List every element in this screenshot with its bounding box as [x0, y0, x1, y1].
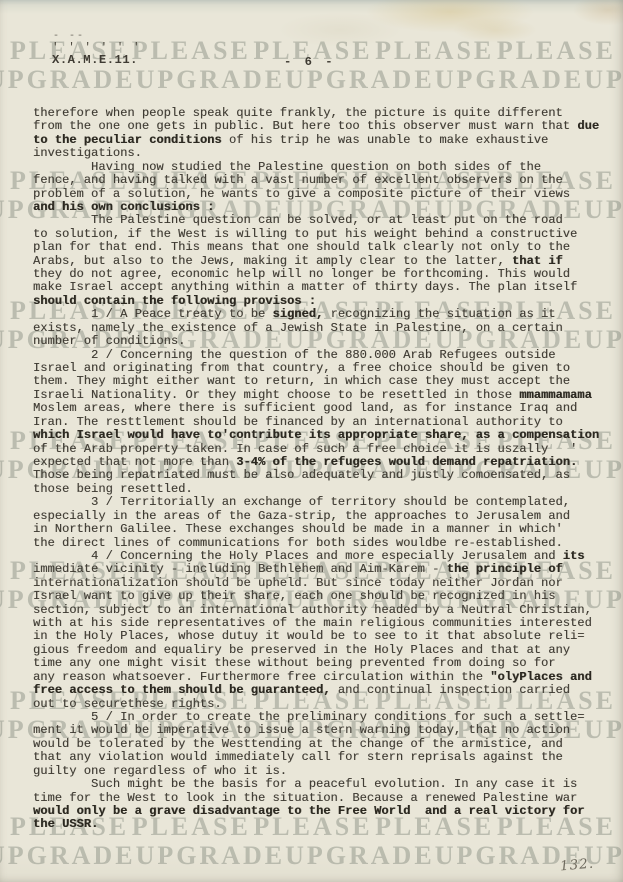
typewritten-line: 4 / Concerning the Holy Places and more … — [33, 550, 619, 563]
typewritten-line: in the Holy Places, whose dutuy it would… — [33, 630, 619, 643]
typewritten-line: expected that not more than 3-4% of the … — [33, 456, 619, 469]
typewritten-line: with at his side representatives of the … — [33, 617, 619, 630]
watermark-word: UPGRADE — [285, 67, 435, 93]
typewritten-line: should contain the following provisos : — [33, 295, 619, 308]
typewritten-line: therefore when people speak quite frankl… — [33, 107, 619, 120]
typewritten-line: Such might be the basis for a peaceful e… — [33, 778, 619, 791]
watermark-word: UPGRADE — [0, 67, 136, 93]
typewritten-line: Those being repatriated must be also ade… — [33, 469, 619, 482]
typewritten-line: to solution, if the West is willing to p… — [33, 228, 619, 241]
typewritten-line: especially in the areas of the Gaza-stri… — [33, 510, 619, 523]
document-reference: X.A.M.E.11. — [52, 53, 141, 67]
typewritten-line: to the peculiar conditions of his trip h… — [33, 134, 619, 147]
typewritten-line: Having now studied the Palestine questio… — [33, 161, 619, 174]
typewritten-line: out to securethese rights. — [33, 698, 619, 711]
typewritten-line: investigations. — [33, 147, 619, 160]
watermark-word: UPGRADE — [136, 67, 286, 93]
typewritten-line: make Israel accept anything within a mat… — [33, 281, 619, 294]
typewritten-line: 3 / Territorially an exchange of territo… — [33, 496, 619, 509]
watermark-word: PLEASE — [132, 38, 251, 64]
typewritten-line: time any one might visit these without b… — [33, 657, 619, 670]
scanned-document-page: PLEASEPLEASEPLEASEPLEASEPLEASEUPGRADEUPG… — [0, 0, 623, 882]
typewritten-line: immediate vicinity - including Bethlehem… — [33, 563, 619, 576]
typewritten-line: any reason whatsoever. Furthermore free … — [33, 671, 619, 684]
typewritten-line: section, subject to an international aut… — [33, 604, 619, 617]
typewritten-line: Israeli Nationality. Or they might choos… — [33, 389, 619, 402]
typewritten-line: those being resettled. — [33, 483, 619, 496]
typewritten-line: they do not agree, economic help will no… — [33, 268, 619, 281]
typewritten-line: 1 / A Peace treaty to be signed, recogni… — [33, 308, 619, 321]
typewritten-line: the USSR. — [33, 818, 619, 831]
typewritten-line: free access to them should be guaranteed… — [33, 684, 619, 697]
watermark-word: UPGRADE — [136, 843, 286, 869]
typewritten-line: guilty one regardless of who it is. — [33, 765, 619, 778]
typewritten-line: from the one one gets in public. But her… — [33, 120, 619, 133]
typewritten-line: exists, namely the existence of a Jewish… — [33, 322, 619, 335]
pencil-marks: - -- — [53, 31, 85, 42]
typewritten-line: time for the West to look in the situati… — [33, 792, 619, 805]
typewritten-line: plan for that end. This means that one s… — [33, 241, 619, 254]
handwritten-page-number: 132. — [559, 856, 594, 875]
typewritten-line: problem of a solution, he wants to give … — [33, 188, 619, 201]
watermark-word: UPGRADE — [285, 843, 435, 869]
typewritten-line: 2 / Concerning the question of the 880.0… — [33, 349, 619, 362]
typewritten-line: Arabs, but also to the Jews, making it a… — [33, 255, 619, 268]
typewritten-line: would only be a grave disadvantage to th… — [33, 805, 619, 818]
typewritten-line: would be tolerated by the Westtending at… — [33, 738, 619, 751]
reference-block: ' ' ' ' ' ' X.A.M.E.11. — [52, 44, 141, 67]
watermark-word: UPGRADE — [435, 67, 585, 93]
typewritten-line: and his own conclusions : — [33, 201, 619, 214]
typewritten-line: Israel and originating from that country… — [33, 362, 619, 375]
page-number: - 6 - — [284, 55, 336, 69]
watermark-word: UPGRADE — [584, 67, 623, 93]
typewritten-line: fence, and having talked with a vast num… — [33, 174, 619, 187]
typewritten-line: number of conditions. — [33, 335, 619, 348]
typewritten-line: ment it would be imperative to issue a s… — [33, 724, 619, 737]
typewritten-line: Moslem areas, where there is sufficient … — [33, 402, 619, 415]
typewritten-line: gious freedom and equaliry be preserved … — [33, 644, 619, 657]
document-body: therefore when people speak quite frankl… — [33, 107, 619, 832]
watermark-word: PLEASE — [375, 38, 494, 64]
typewritten-line: internationalization should be upheld. B… — [33, 577, 619, 590]
typewritten-line: the direct lines of communications for b… — [33, 537, 619, 550]
typewritten-line: 5 / In order to create the preliminary c… — [33, 711, 619, 724]
typewriter-tick-marks: ' ' ' ' ' ' — [52, 44, 141, 53]
watermark-row: UPGRADEUPGRADEUPGRADEUPGRADEUPGRADE — [0, 67, 623, 93]
typewritten-line: Israel want to give up their share, each… — [33, 590, 619, 603]
typewritten-line: Iran. The resttlement should be financed… — [33, 416, 619, 429]
typewritten-line: The Palestine question can be solved, or… — [33, 214, 619, 227]
typewritten-line: of the Arab property taken. In case of s… — [33, 443, 619, 456]
watermark-word: UPGRADE — [0, 843, 136, 869]
typewritten-line: in Northern Galilee. These exchanges sho… — [33, 523, 619, 536]
watermark-word: PLEASE — [497, 38, 616, 64]
typewritten-line: them. They might either want to return, … — [33, 375, 619, 388]
watermark-row: UPGRADEUPGRADEUPGRADEUPGRADEUPGRADE — [0, 843, 623, 869]
typewritten-line: which Israel would have to'contribute it… — [33, 429, 619, 442]
typewritten-line: that any violation would immediately cal… — [33, 751, 619, 764]
